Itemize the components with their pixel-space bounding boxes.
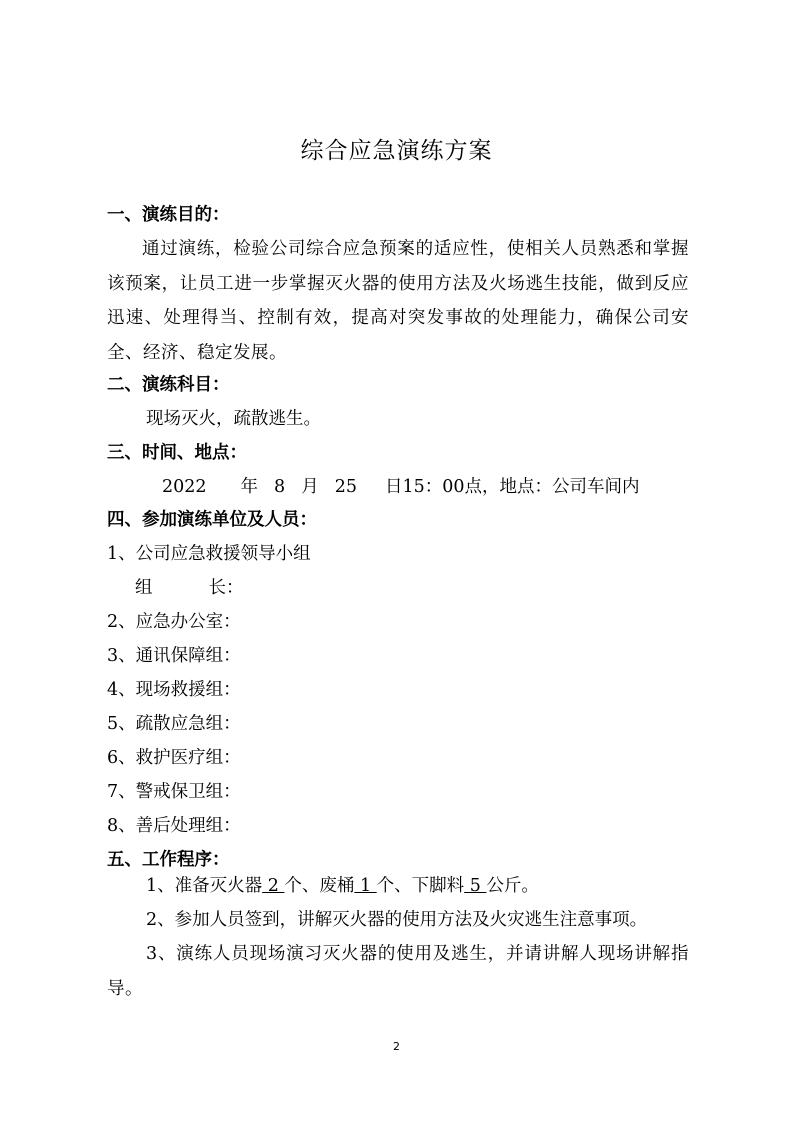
scrap-qty: 5 <box>464 876 486 896</box>
participant-item-1: 1、公司应急救援领导小组 <box>107 537 311 571</box>
procedure-step-3: 3、演练人员现场演习灭火器的使用及逃生，并请讲解人现场讲解指导。 <box>107 937 689 1006</box>
step-1-suffix: 公斤。 <box>486 876 539 896</box>
day-unit: 日 <box>385 477 403 497</box>
participant-item-4: 4、现场救援组： <box>107 673 241 707</box>
participant-item-8: 8、善后处理组： <box>107 809 241 843</box>
participant-item-6: 6、救护医疗组： <box>107 741 241 775</box>
document-page: 综合应急演练方案 一、演练目的： 通过演练，检验公司综合应急预案的适应性，使相关… <box>0 0 793 1122</box>
page-title: 综合应急演练方案 <box>0 132 793 165</box>
participant-item-5: 5、疏散应急组： <box>107 707 241 741</box>
year-unit: 年 <box>241 477 259 497</box>
section-heading-participants: 四、参加演练单位及人员： <box>107 503 317 537</box>
time-location-text: 15：00点，地点：公司车间内 <box>402 477 639 497</box>
bucket-qty: 1 <box>354 876 376 896</box>
purpose-paragraph: 通过演练，检验公司综合应急预案的适应性，使相关人员熟悉和掌握该预案，让员工进一步… <box>107 232 689 370</box>
subject-text: 现场灭火，疏散逃生。 <box>146 402 321 436</box>
section-heading-purpose: 一、演练目的： <box>107 198 230 232</box>
leader-label-b: 长： <box>209 578 244 598</box>
participant-item-2: 2、应急办公室： <box>107 605 241 639</box>
procedure-step-2: 2、参加人员签到，讲解灭火器的使用方法及火灾逃生注意事项。 <box>146 903 647 937</box>
section-heading-time-location: 三、时间、地点： <box>107 436 247 470</box>
month-unit: 月 <box>301 477 319 497</box>
step-1-prefix: 1、准备灭火器 <box>146 876 262 896</box>
year-value: 2022 <box>162 477 207 497</box>
procedure-step-1: 1、准备灭火器 2 个、废桶 1 个、下脚料 5 公斤。 <box>146 869 539 903</box>
section-heading-subject: 二、演练科目： <box>107 368 230 402</box>
participant-item-3: 3、通讯保障组： <box>107 639 241 673</box>
leader-label-a: 组 <box>135 578 153 598</box>
leader-label-line: 组长： <box>135 571 244 605</box>
participant-item-7: 7、警戒保卫组： <box>107 775 241 809</box>
step-1-mid-a: 个、废桶 <box>284 876 354 896</box>
month-value: 8 <box>274 477 285 497</box>
step-1-mid-b: 个、下脚料 <box>377 876 465 896</box>
datetime-line: 2022年8月25日15：00点，地点：公司车间内 <box>162 470 640 504</box>
extinguisher-qty: 2 <box>262 876 284 896</box>
day-value: 25 <box>335 477 357 497</box>
page-number: 2 <box>0 1040 793 1053</box>
